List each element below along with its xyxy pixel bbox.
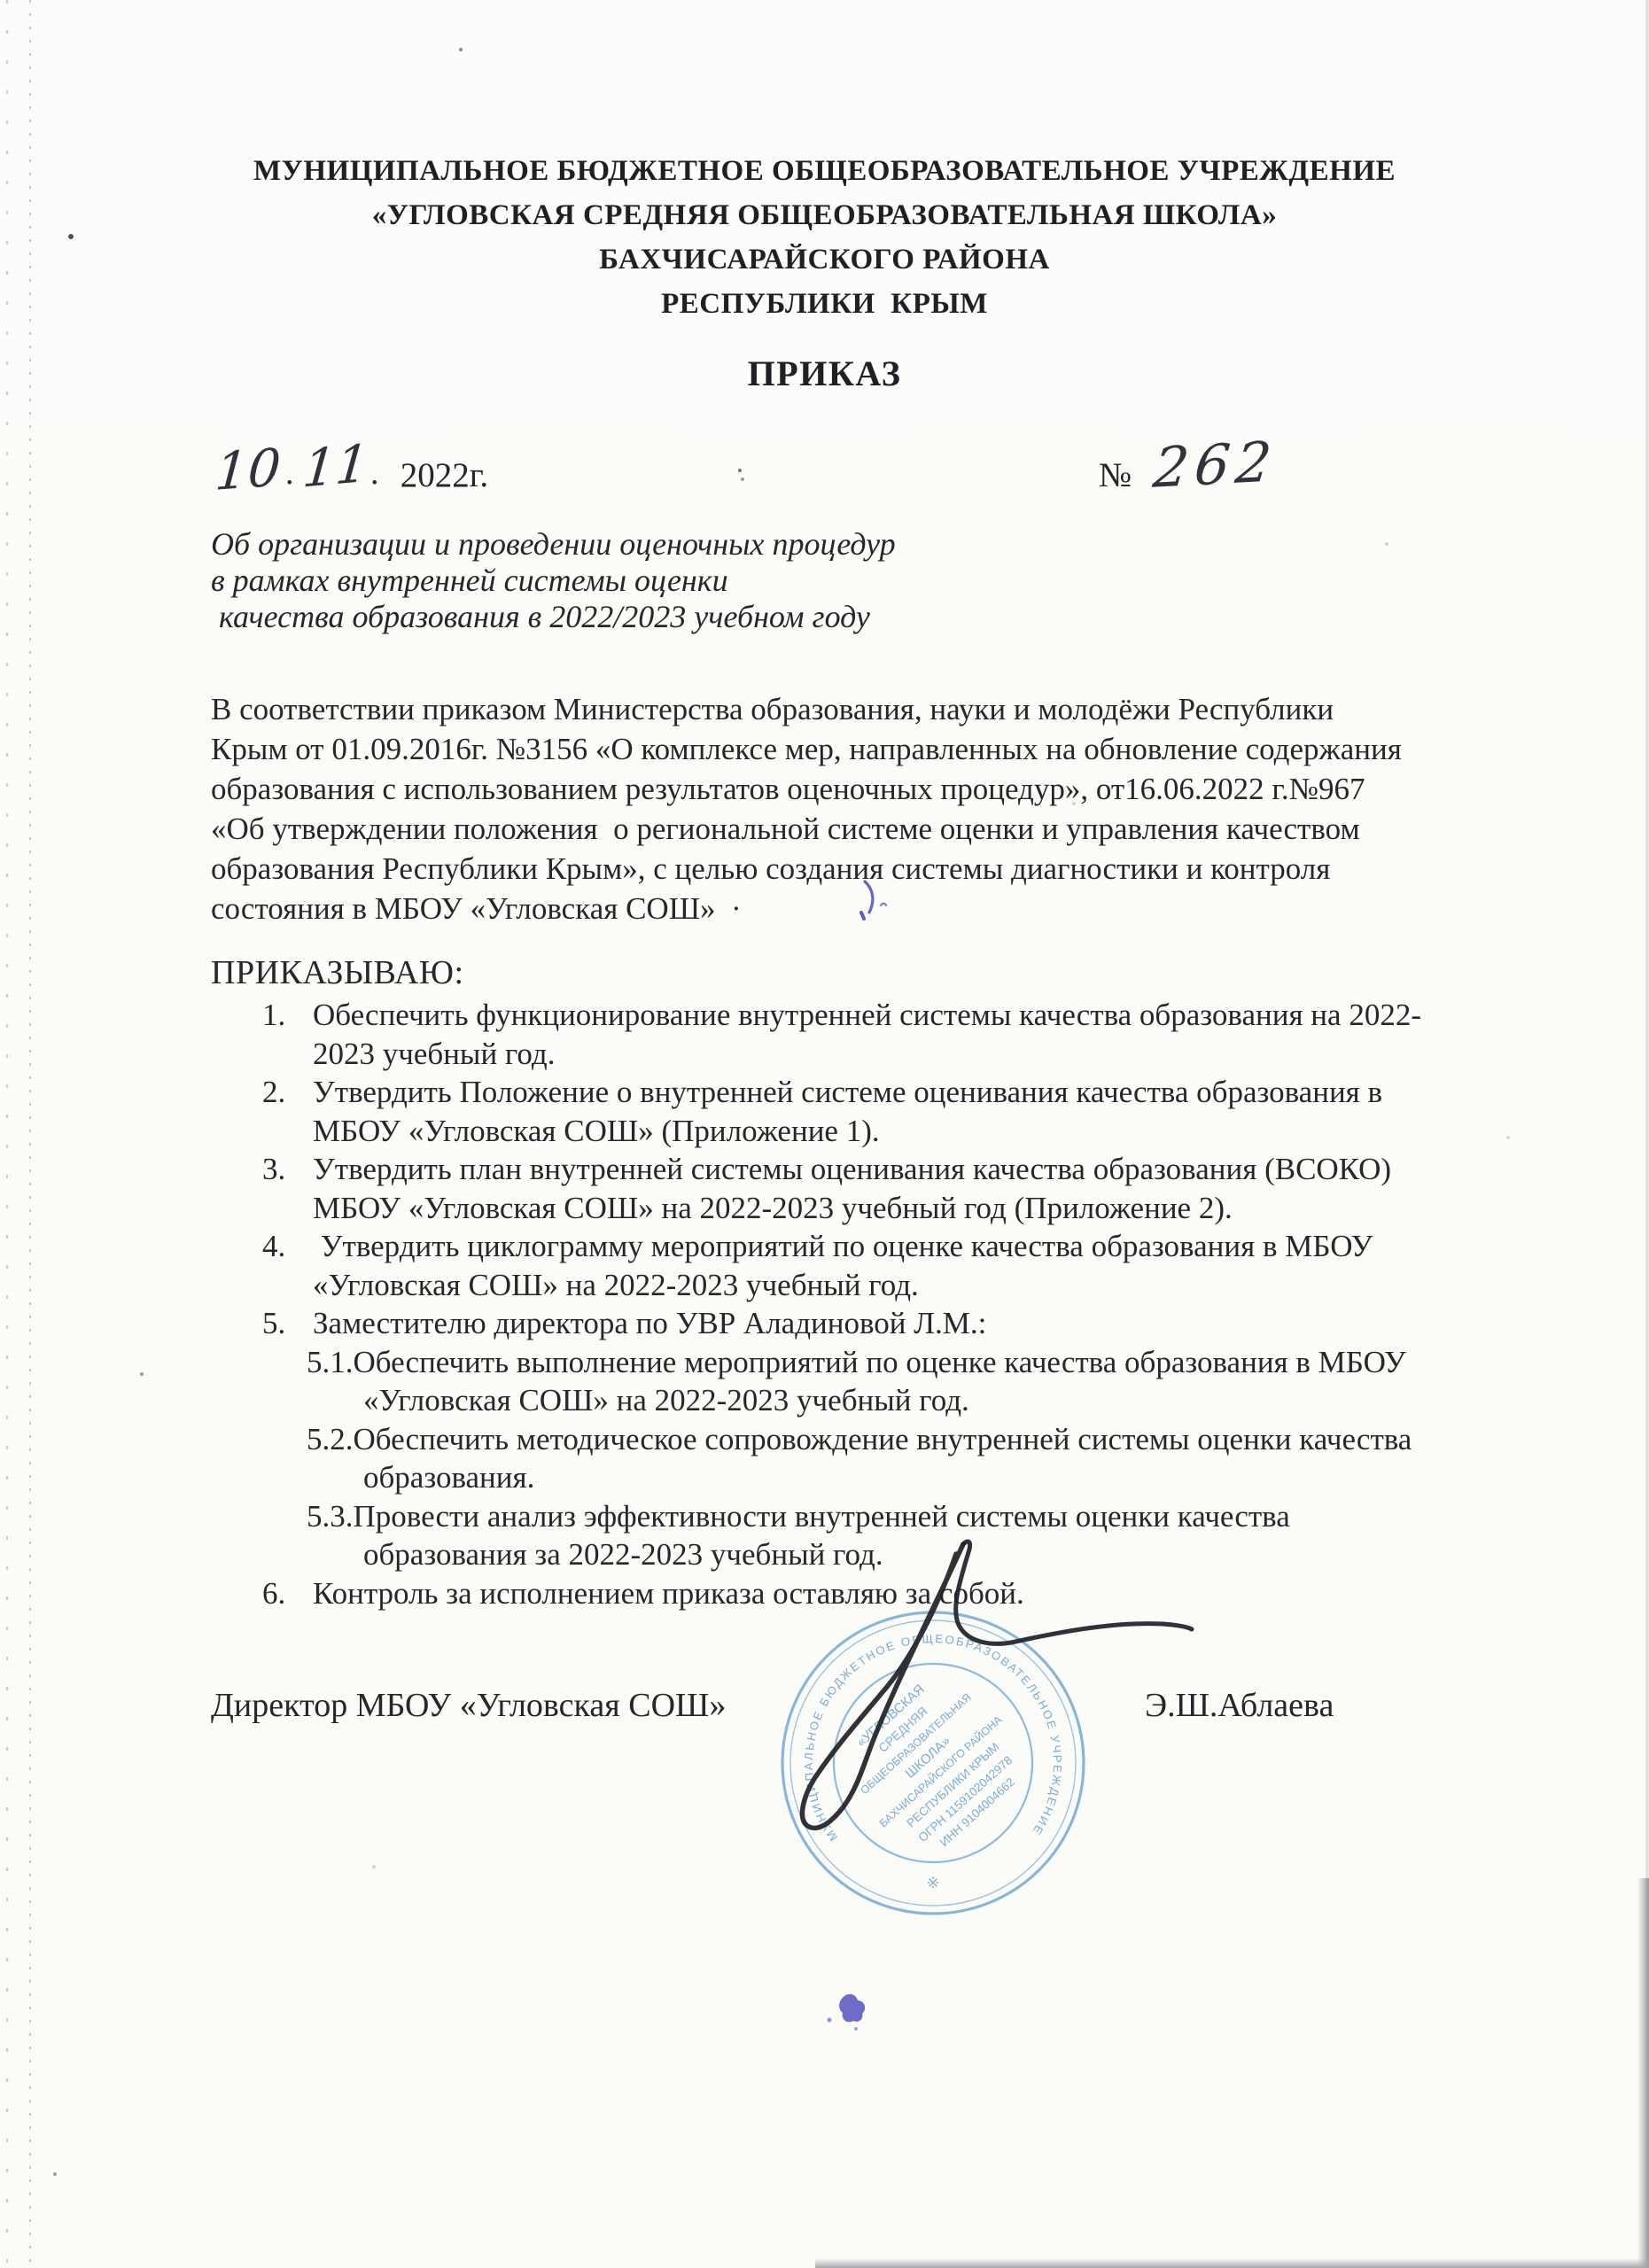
order-items: 1.Обеспечить функционирование внутренней… xyxy=(211,996,1434,1612)
stamp-center-text: «УГЛОВСКАЯ СРЕДНЯЯ ОБЩЕОБРАЗОВАТЕЛЬНАЯ Ш… xyxy=(826,1657,1041,1871)
order-item-6: 6.Контроль за исполнением приказа оставл… xyxy=(211,1574,1434,1613)
handwritten-order-number: 262 xyxy=(1150,429,1280,501)
preamble-line-6: состояния в МБОУ «Угловская СОШ» · xyxy=(211,889,1402,928)
letterhead-line-1: МУНИЦИПАЛЬНОЕ БЮДЖЕТНОЕ ОБЩЕОБРАЗОВАТЕЛЬ… xyxy=(0,149,1649,193)
item-text: Провести анализ эффективности внутренней… xyxy=(354,1499,1290,1534)
item-text: Контроль за исполнением приказа оставляю… xyxy=(313,1576,1024,1611)
order-item-5.3: 5.3.Провести анализ эффективности внутре… xyxy=(211,1497,1434,1536)
order-item-3: 3.Утвердить план внутренней системы оцен… xyxy=(211,1150,1434,1189)
preamble-line-4: «Об утверждении положения о региональной… xyxy=(211,809,1402,849)
item-text-continuation: «Угловская СОШ» на 2022-2023 учебный год… xyxy=(211,1266,1434,1305)
item-number: 6. xyxy=(262,1574,313,1613)
scan-dust-specks xyxy=(0,0,4,4)
item-text: Заместителю директора по УВР Аладиновой … xyxy=(313,1306,986,1340)
scan-edge-dotted-line xyxy=(29,0,31,2268)
scan-right-edge-strip xyxy=(1637,1878,1649,2268)
item-text: Обеспечить функционирование внутренней с… xyxy=(313,998,1421,1032)
order-subject: Об организации и проведении оценочных пр… xyxy=(211,526,896,635)
item-number: 3. xyxy=(262,1150,313,1189)
order-item-5.2: 5.2.Обеспечить методическое сопровождени… xyxy=(211,1420,1434,1459)
item-text: Утвердить циклограмму мероприятий по оце… xyxy=(313,1229,1373,1263)
order-item-1: 1.Обеспечить функционирование внутренней… xyxy=(211,996,1434,1035)
subject-line-2: в рамках внутренней системы оценки xyxy=(211,563,896,599)
item-text-continuation: МБОУ «Угловская СОШ» (Приложение 1). xyxy=(211,1112,1434,1151)
preamble-line-2: Крым от 01.09.2016г. №3156 «О комплексе … xyxy=(211,729,1402,769)
letterhead-line-3: БАХЧИСАРАЙСКОГО РАЙОНА xyxy=(0,237,1649,282)
item-number: 4. xyxy=(262,1227,313,1266)
svg-text:БАХЧИСАРАЙСКОГО РАЙОНА: БАХЧИСАРАЙСКОГО РАЙОНА xyxy=(876,1713,1005,1830)
subject-line-3: качества образования в 2022/2023 учебном… xyxy=(211,599,896,635)
preamble-line-1: В соответствии приказом Министерства обр… xyxy=(211,689,1402,729)
item-text: Утвердить план внутренней системы оценив… xyxy=(313,1152,1391,1186)
item-number: 1. xyxy=(262,996,313,1035)
letterhead: МУНИЦИПАЛЬНОЕ БЮДЖЕТНОЕ ОБЩЕОБРАЗОВАТЕЛЬ… xyxy=(0,149,1649,326)
item-text-continuation: образования за 2022-2023 учебный год. xyxy=(211,1535,1434,1574)
item-text: Утвердить Положение о внутренней системе… xyxy=(313,1075,1382,1109)
subject-line-1: Об организации и проведении оценочных пр… xyxy=(211,526,896,563)
order-item-5: 5.Заместителю директора по УВР Аладиново… xyxy=(211,1304,1434,1343)
handwritten-day: 10 xyxy=(214,437,283,502)
item-text-continuation: МБОУ «Угловская СОШ» на 2022-2023 учебны… xyxy=(211,1189,1434,1228)
blue-ink-smudge xyxy=(828,1994,866,2031)
scan-bottom-edge-strip xyxy=(815,2258,1649,2268)
date-separator: . xyxy=(370,454,379,493)
document-type-title: ПРИКАЗ xyxy=(0,353,1649,394)
scan-edge-dotted-line-faint xyxy=(6,0,8,2268)
resolution-heading: ПРИКАЗЫВАЮ: xyxy=(211,953,464,992)
order-item-2: 2.Утвердить Положение о внутренней систе… xyxy=(211,1073,1434,1112)
svg-text:ОГРН 1159102042978: ОГРН 1159102042978 xyxy=(916,1753,1015,1845)
order-item-5.1: 5.1.Обеспечить выполнение мероприятий по… xyxy=(211,1343,1434,1382)
preamble-line-3: образования с использованием результатов… xyxy=(211,769,1402,809)
handwritten-month: 11 xyxy=(300,432,371,499)
letterhead-line-4: РЕСПУБЛИКИ КРЫМ xyxy=(0,282,1649,326)
item-text-continuation: 2023 учебный год. xyxy=(211,1035,1434,1074)
item-text-continuation: образования. xyxy=(211,1458,1434,1497)
date-separator: . xyxy=(285,454,294,493)
item-text-continuation: «Угловская СОШ» на 2022-2023 учебный год… xyxy=(211,1381,1434,1420)
item-number: 5.3. xyxy=(307,1499,354,1534)
svg-text:ИНН 9104004662: ИНН 9104004662 xyxy=(937,1775,1017,1849)
stamp-ring-text: МУНИЦИПАЛЬНОЕ БЮДЖЕТНОЕ ОБЩЕОБРАЗОВАТЕЛЬ… xyxy=(802,1632,1064,1844)
svg-text:СРЕДНЯЯ: СРЕДНЯЯ xyxy=(875,1704,930,1755)
item-text: Обеспечить методическое сопровождение вн… xyxy=(354,1422,1412,1456)
scanned-order-page: МУНИЦИПАЛЬНОЕ БЮДЖЕТНОЕ ОБЩЕОБРАЗОВАТЕЛЬ… xyxy=(0,0,1649,2268)
item-number: 5.1. xyxy=(307,1345,354,1379)
item-number: 5.2. xyxy=(307,1422,354,1456)
item-number: 2. xyxy=(262,1073,313,1112)
stamp-ring-symbol: ※ xyxy=(927,1875,939,1891)
svg-text:ШКОЛА»: ШКОЛА» xyxy=(903,1734,953,1782)
svg-text:«УГЛОВСКАЯ: «УГЛОВСКАЯ xyxy=(854,1682,928,1750)
order-item-4: 4. Утвердить циклограмму мероприятий по … xyxy=(211,1227,1434,1266)
signature-name: Э.Ш.Аблаева xyxy=(1145,1686,1334,1725)
order-preamble: В соответствии приказом Министерства обр… xyxy=(211,689,1402,928)
school-round-stamp-icon: МУНИЦИПАЛЬНОЕ БЮДЖЕТНОЕ ОБЩЕОБРАЗОВАТЕЛЬ… xyxy=(782,1612,1084,1914)
signature-role: Директор МБОУ «Угловская СОШ» xyxy=(211,1686,726,1725)
letterhead-line-2: «УГЛОВСКАЯ СРЕДНЯЯ ОБЩЕОБРАЗОВАТЕЛЬНАЯ Ш… xyxy=(0,193,1649,237)
typed-year: 2022г. xyxy=(392,455,488,495)
svg-text:ОБЩЕОБРАЗОВАТЕЛЬНАЯ: ОБЩЕОБРАЗОВАТЕЛЬНАЯ xyxy=(858,1691,973,1797)
svg-text:МУНИЦИПАЛЬНОЕ БЮДЖЕТНОЕ ОБЩЕОБ: МУНИЦИПАЛЬНОЕ БЮДЖЕТНОЕ ОБЩЕОБРАЗОВАТЕЛЬ… xyxy=(802,1632,1064,1844)
svg-text:РЕСПУБЛИКИ КРЫМ: РЕСПУБЛИКИ КРЫМ xyxy=(904,1740,1001,1829)
item-number: 5. xyxy=(262,1304,313,1343)
order-number-sign: № xyxy=(1099,455,1132,495)
item-text: Обеспечить выполнение мероприятий по оце… xyxy=(354,1345,1406,1379)
preamble-line-5: образования Республики Крым», с целью со… xyxy=(211,849,1402,889)
